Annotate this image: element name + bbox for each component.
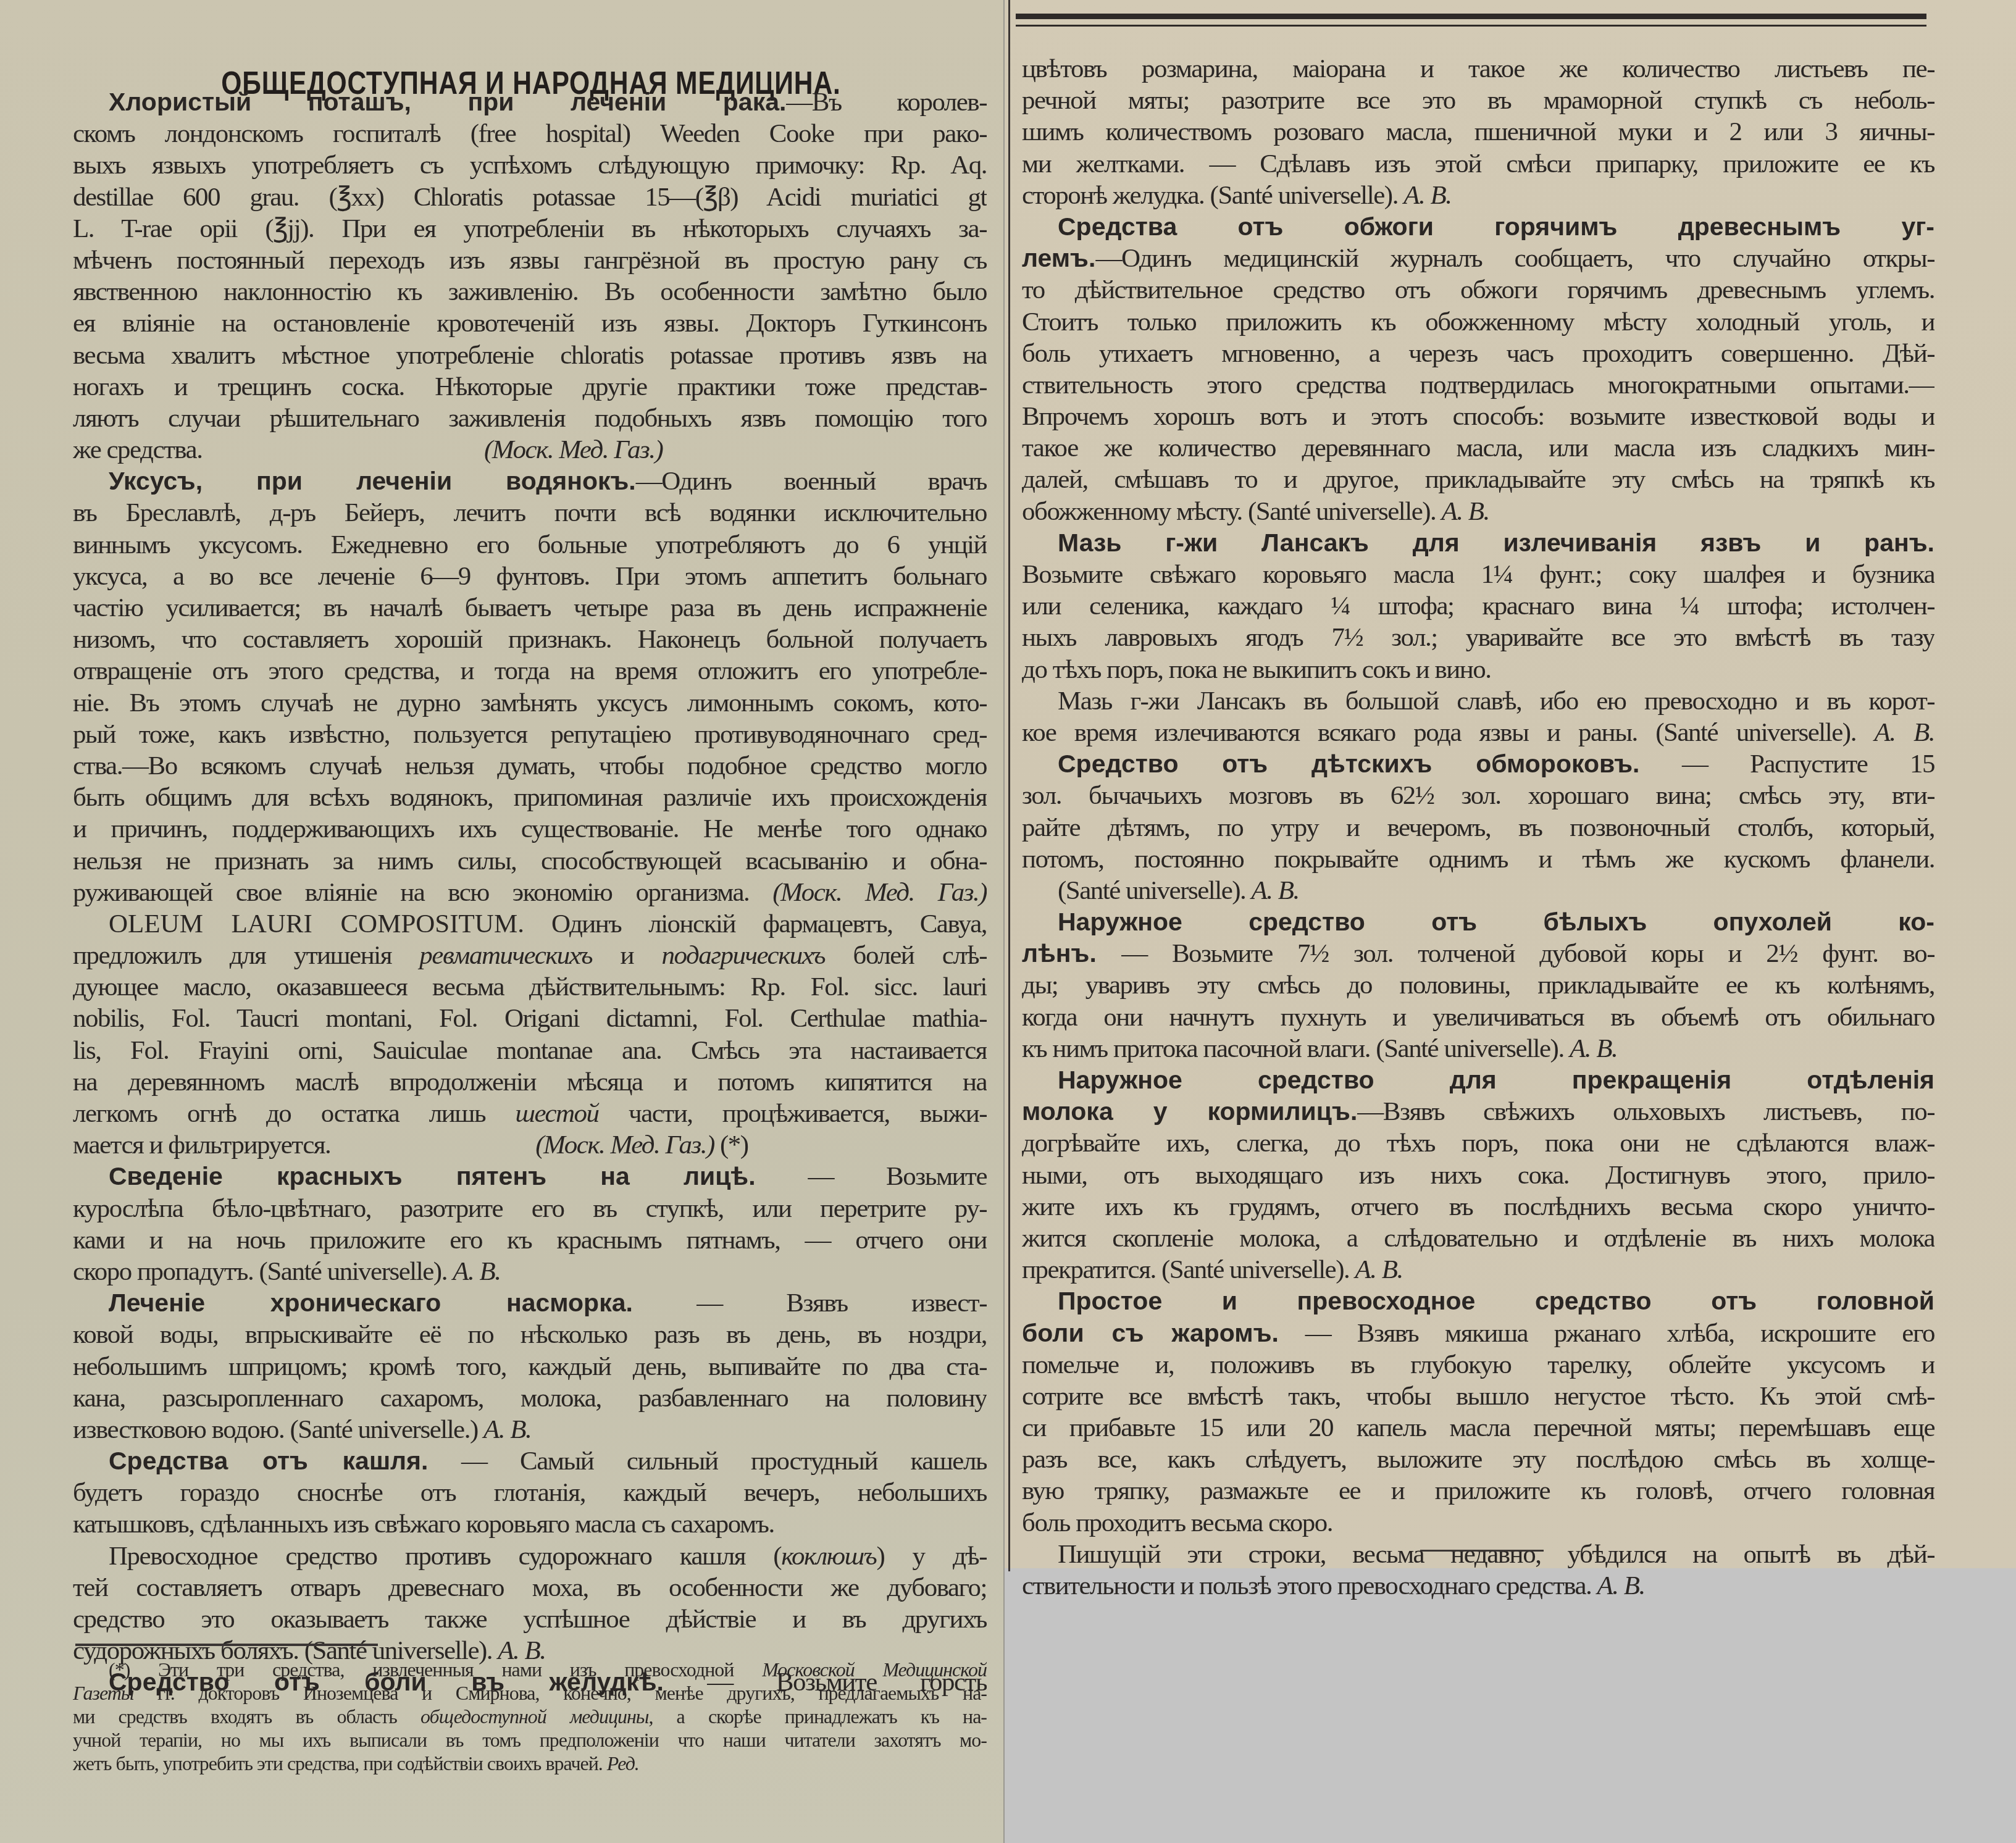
body-text: кана, разсыропленнаго сахаромъ, молока, … [73, 1384, 987, 1413]
text-line: рый тоже, какъ извѣстно, пользуется репу… [73, 719, 987, 750]
italic-text: ревматическихъ [419, 941, 592, 970]
body-text: ея вліяніе на остановленіе кровотеченій … [73, 309, 987, 338]
body-text: nobilis, Fol. Taucri montani, Fol. Origa… [73, 1004, 987, 1033]
body-text: скоро пропадутъ. (Santé universelle). [73, 1257, 453, 1286]
section-heading: Простое и превосходное средство отъ голо… [1058, 1287, 1934, 1315]
text-line: будетъ гораздо сноснѣе отъ глотанія, каж… [73, 1477, 987, 1508]
body-text: скомъ лондонскомъ госпиталѣ (free hospit… [73, 119, 987, 148]
text-line: боль утихаетъ мгновенно, а черезъ часъ п… [1022, 338, 1934, 369]
body-text: болей слѣ- [825, 941, 987, 970]
body-text: ) у дѣ- [876, 1542, 987, 1571]
body-text: известковою водою. (Santé universelle.) [73, 1415, 483, 1444]
body-text: быть общимъ для всѣхъ водянокъ, припомин… [73, 783, 987, 812]
text-line: до тѣхъ поръ, пока не выкипитъ сокъ и ви… [1022, 654, 1934, 685]
body-text: ныхъ лавровыхъ ягодъ 7½ зол.; уваривайте… [1022, 623, 1934, 652]
text-line: Средство отъ дѣтскихъ обмороковъ. — Расп… [1022, 748, 1934, 780]
body-text: курослѣпа бѣло-цвѣтнаго, разотрите его в… [73, 1194, 987, 1223]
italic-text: А. В. [483, 1415, 531, 1444]
body-text: мѣченъ постоянный переходъ изъ язвы ганг… [73, 246, 987, 275]
body-text: уксуса, а во все леченіе 6—9 фунтовъ. Пр… [73, 562, 987, 591]
text-line: си прибавьте 15 или 20 капель масла пере… [1022, 1412, 1934, 1444]
text-line: жетъ быть, употребить эти средства, при … [73, 1752, 987, 1775]
text-line: ніе. Въ этомъ случаѣ не дурно замѣнять у… [73, 687, 987, 719]
body-text: прекратится. (Santé universelle). [1022, 1255, 1355, 1284]
text-line: ныхъ лавровыхъ ягодъ 7½ зол.; уваривайте… [1022, 622, 1934, 653]
body-text: ды; уваривъ эту смѣсь до половины, прикл… [1022, 971, 1934, 1000]
body-text: Стоитъ только приложить къ обожженному м… [1022, 307, 1934, 336]
body-text: легкомъ огнѣ до остатка лишь [73, 1099, 515, 1128]
italic-text: (Моск. Мед. Газ.) [535, 1130, 714, 1160]
text-line: Средства отъ обжоги горячимъ древеснымъ … [1022, 211, 1934, 243]
body-text: сотрите все вмѣстѣ такъ, чтобы вышло нег… [1022, 1382, 1934, 1411]
text-line: потомъ, постоянно покрывайте однимъ и тѣ… [1022, 843, 1934, 875]
body-text: и [592, 941, 661, 970]
text-line: ками и на ночь приложите его къ краснымъ… [73, 1224, 987, 1256]
body-text [330, 1130, 535, 1160]
body-text: обожженному мѣсту. (Santé universelle). [1022, 497, 1442, 526]
body-text: вую тряпку, размажьте ее и приложите къ … [1022, 1476, 1934, 1505]
text-line: ковой воды, впрыскивайте её по нѣсколько… [73, 1319, 987, 1350]
text-line: (Santé universelle). А. В. [1022, 875, 1934, 906]
text-line: Стоитъ только приложить къ обожженному м… [1022, 306, 1934, 338]
text-line: ногахъ и трещинъ соска. Нѣкоторые другіе… [73, 371, 987, 403]
body-text [202, 435, 484, 464]
body-text: низомъ, что составляетъ хорошій признакъ… [73, 625, 987, 654]
body-text: боль утихаетъ мгновенно, а черезъ часъ п… [1022, 339, 1934, 368]
section-heading: лемъ. [1022, 244, 1095, 272]
body-text: виннымъ уксусомъ. Ежедневно его больные … [73, 530, 987, 559]
text-line: сотрите все вмѣстѣ такъ, чтобы вышло нег… [1022, 1381, 1934, 1412]
body-text: Впрочемъ хорошъ вотъ и этотъ способъ: во… [1022, 402, 1934, 431]
text-line: lis, Fol. Frayini orni, Sauiculae montan… [73, 1035, 987, 1066]
body-text: потомъ, постоянно покрывайте однимъ и тѣ… [1022, 845, 1934, 874]
text-line: молока у кормилицъ.—Взявъ свѣжихъ ольхов… [1022, 1096, 1934, 1127]
text-line: уксуса, а во все леченіе 6—9 фунтовъ. Пр… [73, 561, 987, 592]
text-line: речной мяты; разотрите все это въ мрамор… [1022, 85, 1934, 116]
body-text: —Одинъ военный врачъ [636, 467, 987, 496]
italic-text: (Моск. Мед. Газ.) [484, 435, 663, 464]
text-line: цвѣтовъ розмарина, маіорана и такое же к… [1022, 53, 1934, 85]
italic-text: А. В. [1252, 876, 1299, 905]
body-text: Одинъ ліонскій фармацевтъ, Савуа, [524, 909, 987, 938]
text-line: Мазь г-жи Лансакъ для излечиванія язвъ и… [1022, 527, 1934, 559]
text-line: Хлористый поташъ, при леченіи рака.—Въ к… [73, 86, 987, 118]
text-line: Наружное средство отъ бѣлыхъ опухолей ко… [1022, 906, 1934, 938]
body-text: тей составляетъ отваръ древеснаго моха, … [73, 1573, 987, 1602]
text-line: катышковъ, сдѣланныхъ изъ свѣжаго коровь… [73, 1508, 987, 1540]
text-line: скоро пропадутъ. (Santé universelle). А.… [73, 1256, 987, 1287]
body-text: разъ все, какъ слѣдуетъ, выложите эту по… [1022, 1445, 1934, 1474]
footnote: (*) Эти три средства, извлеченныя нами и… [73, 1658, 987, 1775]
text-line: виннымъ уксусомъ. Ежедневно его больные … [73, 529, 987, 561]
body-text: когда они начнутъ пухнуть и увеличиватьс… [1022, 1003, 1934, 1032]
text-line: жится скопленіе молока, а слѣдовательно … [1022, 1222, 1934, 1254]
body-text: кое время излечиваются всякаго рода язвы… [1022, 718, 1874, 747]
text-line: ствительности и пользѣ этого превосходна… [1022, 1570, 1934, 1602]
text-line: средство это оказываетъ также успѣшное д… [73, 1603, 987, 1635]
body-text: учной терапіи, но мы ихъ выписали въ том… [73, 1729, 987, 1751]
italic-text: А. В. [1355, 1255, 1403, 1284]
body-text: жетъ быть, употребить эти средства, при … [73, 1752, 607, 1774]
text-line: ства.—Во всякомъ случаѣ нельзя думать, ч… [73, 750, 987, 782]
text-line: боли съ жаромъ. — Взявъ мякиша ржанаго х… [1022, 1318, 1934, 1349]
text-line: Возьмите свѣжаго коровьяго масла 1¼ фунт… [1022, 559, 1934, 590]
text-line: Впрочемъ хорошъ вотъ и этотъ способъ: во… [1022, 401, 1934, 432]
body-text: руживающей свое вліяніе на всю экономію … [73, 878, 772, 907]
text-line: Мазь г-жи Лансакъ въ большой славѣ, ибо … [1022, 685, 1934, 717]
body-text: Мазь г-жи Лансакъ въ большой славѣ, ибо … [1058, 687, 1934, 716]
text-line: низомъ, что составляетъ хорошій признакъ… [73, 624, 987, 655]
body-text: такое же количество деревяннаго масла, и… [1022, 433, 1934, 462]
italic-text: подагрическихъ [662, 941, 826, 970]
body-text: шимъ количествомъ розоваго масла, пшенич… [1022, 117, 1934, 146]
text-line: ми желтками. — Сдѣлавъ изъ этой смѣси пр… [1022, 148, 1934, 180]
text-line: (*) Эти три средства, извлеченныя нами и… [73, 1658, 987, 1681]
text-line: въ Бреславлѣ, д-ръ Бейеръ, лечитъ почти … [73, 497, 987, 529]
text-line: вую тряпку, размажьте ее и приложите къ … [1022, 1475, 1934, 1507]
top-double-rule-thin [1016, 25, 1926, 27]
body-text: же средства. [73, 435, 202, 464]
body-text: —Взявъ свѣжихъ ольховыхъ листьевъ, по- [1357, 1097, 1934, 1126]
body-text: ковой воды, впрыскивайте её по нѣсколько… [73, 1320, 987, 1349]
text-line: тей составляетъ отваръ древеснаго моха, … [73, 1572, 987, 1603]
body-text: догрѣвайте ихъ, слегка, до тѣхъ поръ, по… [1022, 1129, 1934, 1158]
body-text: (*) [714, 1130, 748, 1160]
body-text: весьма хвалитъ мѣстное употребленіе chlo… [73, 341, 987, 370]
section-heading: Средства отъ кашля. [109, 1447, 428, 1475]
text-line: ми средствъ входятъ въ область общедосту… [73, 1705, 987, 1728]
text-line: лѣнъ. — Возьмите 7½ зол. толченой дубово… [1022, 938, 1934, 969]
text-line: небольшимъ шприцомъ; кромѣ того, каждый … [73, 1351, 987, 1382]
text-line: райте дѣтямъ, по утру и вечеромъ, въ поз… [1022, 812, 1934, 843]
body-text: явственною наклонностію къ заживленію. В… [73, 277, 987, 306]
body-text: destillae 600 grau. (℥xx) Chloratis pota… [73, 183, 987, 212]
text-line: далей, смѣшавъ то и другое, прикладывайт… [1022, 464, 1934, 495]
body-text: ствительность этого средства подтвердила… [1022, 370, 1934, 399]
text-line: Сведеніе красныхъ пятенъ на лицѣ. — Возь… [73, 1161, 987, 1192]
body-text: ногахъ и трещинъ соска. Нѣкоторые другіе… [73, 372, 987, 401]
body-text: —Одинъ медицинскій журналъ сообщаетъ, чт… [1095, 244, 1934, 273]
italic-text: шестой [515, 1099, 598, 1128]
text-line: руживающей свое вліяніе на всю экономію … [73, 877, 987, 908]
text-line: догрѣвайте ихъ, слегка, до тѣхъ поръ, по… [1022, 1127, 1934, 1159]
body-text: помельче и, положивъ въ глубокую тарелку… [1022, 1350, 1934, 1379]
body-text: ства.—Во всякомъ случаѣ нельзя думать, ч… [73, 751, 987, 780]
text-line: ствительность этого средства подтвердила… [1022, 369, 1934, 401]
italic-text: (Моск. Мед. Газ.) [772, 878, 987, 907]
italic-text: А. В. [453, 1257, 500, 1286]
body-text: OLEUM LAURI COMPOSITUM. [109, 909, 524, 938]
body-text: и причинъ, поддерживающихъ ихъ существов… [73, 814, 987, 843]
text-line: лемъ.—Одинъ медицинскій журналъ сообщает… [1022, 243, 1934, 274]
text-line: сторонѣ желудка. (Santé universelle). А.… [1022, 180, 1934, 211]
text-line: быть общимъ для всѣхъ водянокъ, припомин… [73, 782, 987, 813]
italic-text: А. В. [1403, 181, 1451, 210]
body-text: ными, отъ выходящаго изъ нихъ сока. Дост… [1022, 1161, 1934, 1190]
body-text: нельзя не признать за нимъ силы, способс… [73, 846, 987, 876]
text-line: обожженному мѣсту. (Santé universelle). … [1022, 496, 1934, 527]
text-line: мѣченъ постоянный переходъ изъ язвы ганг… [73, 244, 987, 276]
italic-text: Газеты [73, 1682, 133, 1704]
body-text: рый тоже, какъ извѣстно, пользуется репу… [73, 720, 987, 749]
body-text: , а скорѣе принадлежатъ къ на- [648, 1705, 987, 1728]
body-text: lis, Fol. Frayini orni, Sauiculae montan… [73, 1036, 987, 1065]
body-text: си прибавьте 15 или 20 капель масла пере… [1022, 1413, 1934, 1442]
body-text: — Распустите 15 [1639, 750, 1934, 779]
text-line: кана, разсыропленнаго сахаромъ, молока, … [73, 1382, 987, 1414]
body-text: до тѣхъ поръ, пока не выкипитъ сокъ и ви… [1022, 655, 1491, 684]
text-line: ея вліяніе на остановленіе кровотеченій … [73, 307, 987, 339]
text-line: destillae 600 grau. (℥xx) Chloratis pota… [73, 182, 987, 213]
text-line: или селеника, каждаго ¼ штофа; краснаго … [1022, 590, 1934, 622]
text-line: къ нимъ притока пасочной влаги. (Santé u… [1022, 1033, 1934, 1064]
text-line: то дѣйствительное средство отъ обжоги го… [1022, 274, 1934, 306]
body-text: отвращеніе отъ этого средства, и тогда н… [73, 656, 987, 685]
end-rule [1420, 1550, 1544, 1552]
scan-edge [1003, 0, 1005, 1843]
body-text: небольшимъ шприцомъ; кромѣ того, каждый … [73, 1352, 987, 1381]
body-text: части, процѣживается, выжи- [599, 1099, 987, 1128]
body-text: мается и фильтрируется. [73, 1130, 330, 1160]
section-heading: боли съ жаромъ. [1022, 1319, 1279, 1347]
body-text: L. T-rae opii (℥jj). При ея употребленіи… [73, 214, 987, 243]
body-text: ми средствъ входятъ въ область [73, 1705, 420, 1728]
italic-text: Ред. [607, 1752, 639, 1774]
text-line: такое же количество деревяннаго масла, и… [1022, 432, 1934, 464]
section-heading: Уксусъ, при леченіи водянокъ. [109, 467, 636, 495]
text-line: курослѣпа бѣло-цвѣтнаго, разотрите его в… [73, 1193, 987, 1224]
text-line: Леченіе хроническаго насморка. — Взявъ и… [73, 1287, 987, 1319]
text-line: Газеты гг. докторовъ Иноземцева и Смирно… [73, 1681, 987, 1705]
body-text: райте дѣтямъ, по утру и вечеромъ, въ поз… [1022, 813, 1934, 842]
body-text: жится скопленіе молока, а слѣдовательно … [1022, 1224, 1934, 1253]
section-heading: Средство отъ дѣтскихъ обмороковъ. [1058, 750, 1639, 778]
body-text: предложилъ для утишенія [73, 941, 419, 970]
text-line: явственною наклонностію къ заживленію. В… [73, 276, 987, 307]
section-heading: Сведеніе красныхъ пятенъ на лицѣ. [109, 1162, 756, 1190]
text-line: боль проходитъ весьма скоро. [1022, 1507, 1934, 1539]
body-text: гг. докторовъ Иноземцева и Смирнова, кон… [133, 1682, 987, 1704]
section-heading: Средства отъ обжоги горячимъ древеснымъ … [1058, 212, 1934, 241]
body-text: (*) Эти три средства, извлеченныя нами и… [109, 1658, 762, 1681]
italic-text: общедоступной медицины [420, 1705, 648, 1728]
text-line: частію усиливается; въ началѣ бываетъ че… [73, 592, 987, 624]
text-line: Пишущій эти строки, весьма недавно, убѣд… [1022, 1539, 1934, 1570]
left-column: Хлористый поташъ, при леченіи рака.—Въ к… [73, 86, 987, 1699]
section-heading: молока у кормилицъ. [1022, 1097, 1357, 1126]
body-text: то дѣйствительное средство отъ обжоги го… [1022, 275, 1934, 304]
italic-text: А. В. [1442, 497, 1489, 526]
text-line: ными, отъ выходящаго изъ нихъ сока. Дост… [1022, 1160, 1934, 1191]
column-divider [1008, 0, 1010, 1571]
text-line: шимъ количествомъ розоваго масла, пшенич… [1022, 116, 1934, 148]
text-line: Средства отъ кашля. — Самый сильный прос… [73, 1445, 987, 1477]
body-text: — Возьмите 7½ зол. толченой дубовой коры… [1097, 939, 1934, 968]
text-line: скомъ лондонскомъ госпиталѣ (free hospit… [73, 118, 987, 149]
text-line: жите ихъ къ грудямъ, отчего въ послѣдних… [1022, 1191, 1934, 1222]
text-line: Простое и превосходное средство отъ голо… [1022, 1285, 1934, 1317]
body-text: средство это оказываетъ также успѣшное д… [73, 1605, 987, 1634]
body-text: цвѣтовъ розмарина, маіорана и такое же к… [1022, 54, 1934, 83]
body-text: (Santé universelle). [1058, 876, 1252, 905]
body-text: ствительности и пользѣ этого превосходна… [1022, 1571, 1597, 1600]
body-text: выхъ язвыхъ употребляетъ съ успѣхомъ слѣ… [73, 151, 987, 180]
body-text: жите ихъ къ грудямъ, отчего въ послѣдних… [1022, 1192, 1934, 1221]
text-line: OLEUM LAURI COMPOSITUM. Одинъ ліонскій ф… [73, 908, 987, 940]
text-line: мается и фильтрируется. (Моск. Мед. Газ.… [73, 1129, 987, 1161]
body-text: катышковъ, сдѣланныхъ изъ свѣжаго коровь… [73, 1510, 774, 1539]
body-text: ніе. Въ этомъ случаѣ не дурно замѣнять у… [73, 688, 987, 717]
text-line: помельче и, положивъ въ глубокую тарелку… [1022, 1349, 1934, 1381]
body-text: ками и на ночь приложите его къ краснымъ… [73, 1226, 987, 1255]
text-line: L. T-rae opii (℥jj). При ея употребленіи… [73, 213, 987, 244]
top-double-rule-thick [1016, 14, 1926, 19]
body-text: сторонѣ желудка. (Santé universelle). [1022, 181, 1403, 210]
text-line: Наружное средство для прекращенія отдѣле… [1022, 1064, 1934, 1096]
text-line: прекратится. (Santé universelle). А. В. [1022, 1254, 1934, 1285]
text-line: и причинъ, поддерживающихъ ихъ существов… [73, 813, 987, 845]
body-text: ми желтками. — Сдѣлавъ изъ этой смѣси пр… [1022, 149, 1934, 178]
section-heading: лѣнъ. [1022, 939, 1097, 967]
section-heading: Леченіе хроническаго насморка. [109, 1289, 633, 1317]
section-heading: Хлористый поташъ, при леченіи рака. [109, 88, 786, 116]
body-text: зол. бычачьихъ мозговъ въ 62½ зол. хорош… [1022, 781, 1934, 810]
body-text: — Самый сильный простудный кашель [428, 1447, 987, 1476]
section-heading: Мазь г-жи Лансакъ для излечиванія язвъ и… [1058, 529, 1934, 557]
text-line: зол. бычачьихъ мозговъ въ 62½ зол. хорош… [1022, 780, 1934, 811]
right-column: цвѣтовъ розмарина, маіорана и такое же к… [1022, 53, 1934, 1602]
footnote-rule [75, 1644, 378, 1646]
italic-text: Московской Медицинской [762, 1658, 987, 1681]
text-line: когда они начнутъ пухнуть и увеличиватьс… [1022, 1001, 1934, 1033]
body-text: дующее масло, оказавшееся весьма дѣйстви… [73, 972, 987, 1001]
body-text: на деревянномъ маслѣ впродолженіи мѣсяца… [73, 1068, 987, 1097]
body-text: или селеника, каждаго ¼ штофа; краснаго … [1022, 591, 1934, 621]
text-line: nobilis, Fol. Taucri montani, Fol. Origa… [73, 1003, 987, 1034]
text-line: дующее масло, оказавшееся весьма дѣйстви… [73, 971, 987, 1003]
italic-text: А. В. [1874, 718, 1934, 747]
text-line: выхъ язвыхъ употребляетъ съ успѣхомъ слѣ… [73, 149, 987, 181]
text-line: нельзя не признать за нимъ силы, способс… [73, 845, 987, 877]
body-text: —Въ королев- [786, 88, 987, 117]
body-text: — Взявъ мякиша ржанаго хлѣба, искрошите … [1279, 1319, 1934, 1348]
text-line: известковою водою. (Santé universelle.) … [73, 1414, 987, 1445]
body-text: къ нимъ притока пасочной влаги. (Santé u… [1022, 1034, 1570, 1063]
italic-text: А. В. [1570, 1034, 1617, 1063]
text-line: Уксусъ, при леченіи водянокъ.—Одинъ воен… [73, 466, 987, 497]
italic-text: коклюшъ [781, 1542, 876, 1571]
text-line: отвращеніе отъ этого средства, и тогда н… [73, 655, 987, 687]
text-line: Превосходное средство противъ судорожнаг… [73, 1540, 987, 1572]
italic-text: А. В. [1597, 1571, 1645, 1600]
body-text: будетъ гораздо сноснѣе отъ глотанія, каж… [73, 1478, 987, 1507]
body-text: — Возьмите [756, 1162, 987, 1191]
text-line: кое время излечиваются всякаго рода язвы… [1022, 717, 1934, 748]
text-line: предложилъ для утишенія ревматическихъ и… [73, 940, 987, 971]
text-line: ды; уваривъ эту смѣсь до половины, прикл… [1022, 969, 1934, 1001]
body-text: речной мяты; разотрите все это въ мрамор… [1022, 86, 1934, 115]
text-line: учной терапіи, но мы ихъ выписали въ том… [73, 1728, 987, 1752]
body-text: далей, смѣшавъ то и другое, прикладывайт… [1022, 465, 1934, 494]
body-text: въ Бреславлѣ, д-ръ Бейеръ, лечитъ почти … [73, 498, 987, 527]
text-line: весьма хвалитъ мѣстное употребленіе chlo… [73, 340, 987, 371]
body-text: Возьмите свѣжаго коровьяго масла 1¼ фунт… [1022, 560, 1934, 589]
text-line: ляютъ случаи рѣшительнаго заживленія под… [73, 403, 987, 434]
body-text: ляютъ случаи рѣшительнаго заживленія под… [73, 404, 987, 433]
body-text: боль проходитъ весьма скоро. [1022, 1508, 1332, 1537]
text-line: же средства. (Моск. Мед. Газ.) [73, 434, 987, 466]
section-heading: Наружное средство отъ бѣлыхъ опухолей ко… [1058, 908, 1934, 936]
text-line: на деревянномъ маслѣ впродолженіи мѣсяца… [73, 1066, 987, 1098]
body-text: частію усиливается; въ началѣ бываетъ че… [73, 593, 987, 622]
body-text: — Взявъ извест- [633, 1289, 987, 1318]
body-text: Превосходное средство противъ судорожнаг… [109, 1542, 781, 1571]
text-line: разъ все, какъ слѣдуетъ, выложите эту по… [1022, 1444, 1934, 1475]
body-text: Пишущій эти строки, весьма недавно, убѣд… [1058, 1540, 1934, 1569]
section-heading: Наружное средство для прекращенія отдѣле… [1058, 1066, 1934, 1094]
text-line: легкомъ огнѣ до остатка лишь шестой част… [73, 1098, 987, 1129]
